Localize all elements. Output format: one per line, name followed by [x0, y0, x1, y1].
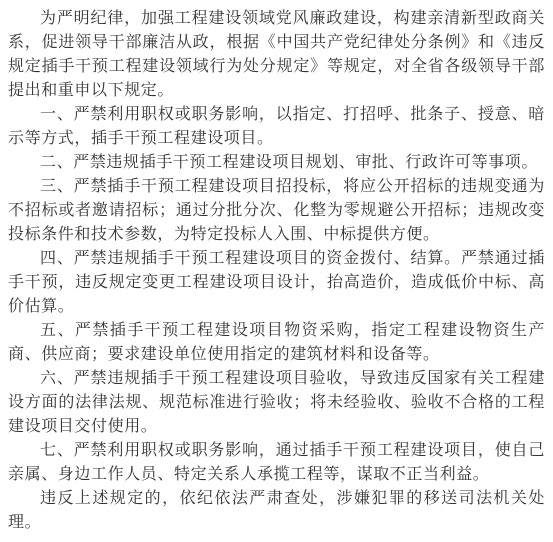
- paragraph-rule-3: 三、严禁插手干预工程建设项目招投标，将应公开招标的违规变通为不招标或者邀请招标；…: [8, 175, 545, 247]
- paragraph-rule-7: 七、严禁利用职权或职务影响，通过插手干预工程建设项目，使自己亲属、身边工作人员、…: [8, 439, 545, 487]
- paragraph-rule-6: 六、严禁违规插手干预工程建设项目验收，导致违反国家有关工程建设方面的法律法规、规…: [8, 367, 545, 439]
- paragraph-rule-5: 五、严禁插手干预工程建设项目物资采购，指定工程建设物资生产商、供应商；要求建设单…: [8, 319, 545, 367]
- paragraph-rule-2: 二、严禁违规插手干预工程建设项目规划、审批、行政许可等事项。: [8, 151, 545, 175]
- paragraph-rule-1: 一、严禁利用职权或职务影响，以指定、打招呼、批条子、授意、暗示等方式，插手干预工…: [8, 103, 545, 151]
- paragraph-intro: 为严明纪律，加强工程建设领域党风廉政建设，构建亲清新型政商关系，促进领导干部廉洁…: [8, 7, 545, 103]
- paragraph-conclusion: 违反上述规定的，依纪依法严肃查处，涉嫌犯罪的移送司法机关处理。: [8, 487, 545, 535]
- document-page: 为严明纪律，加强工程建设领域党风廉政建设，构建亲清新型政商关系，促进领导干部廉洁…: [0, 0, 553, 542]
- document-body: 为严明纪律，加强工程建设领域党风廉政建设，构建亲清新型政商关系，促进领导干部廉洁…: [8, 7, 545, 535]
- paragraph-rule-4: 四、严禁违规插手干预工程建设项目的资金拨付、结算。严禁通过插手干预，违反规定变更…: [8, 247, 545, 319]
